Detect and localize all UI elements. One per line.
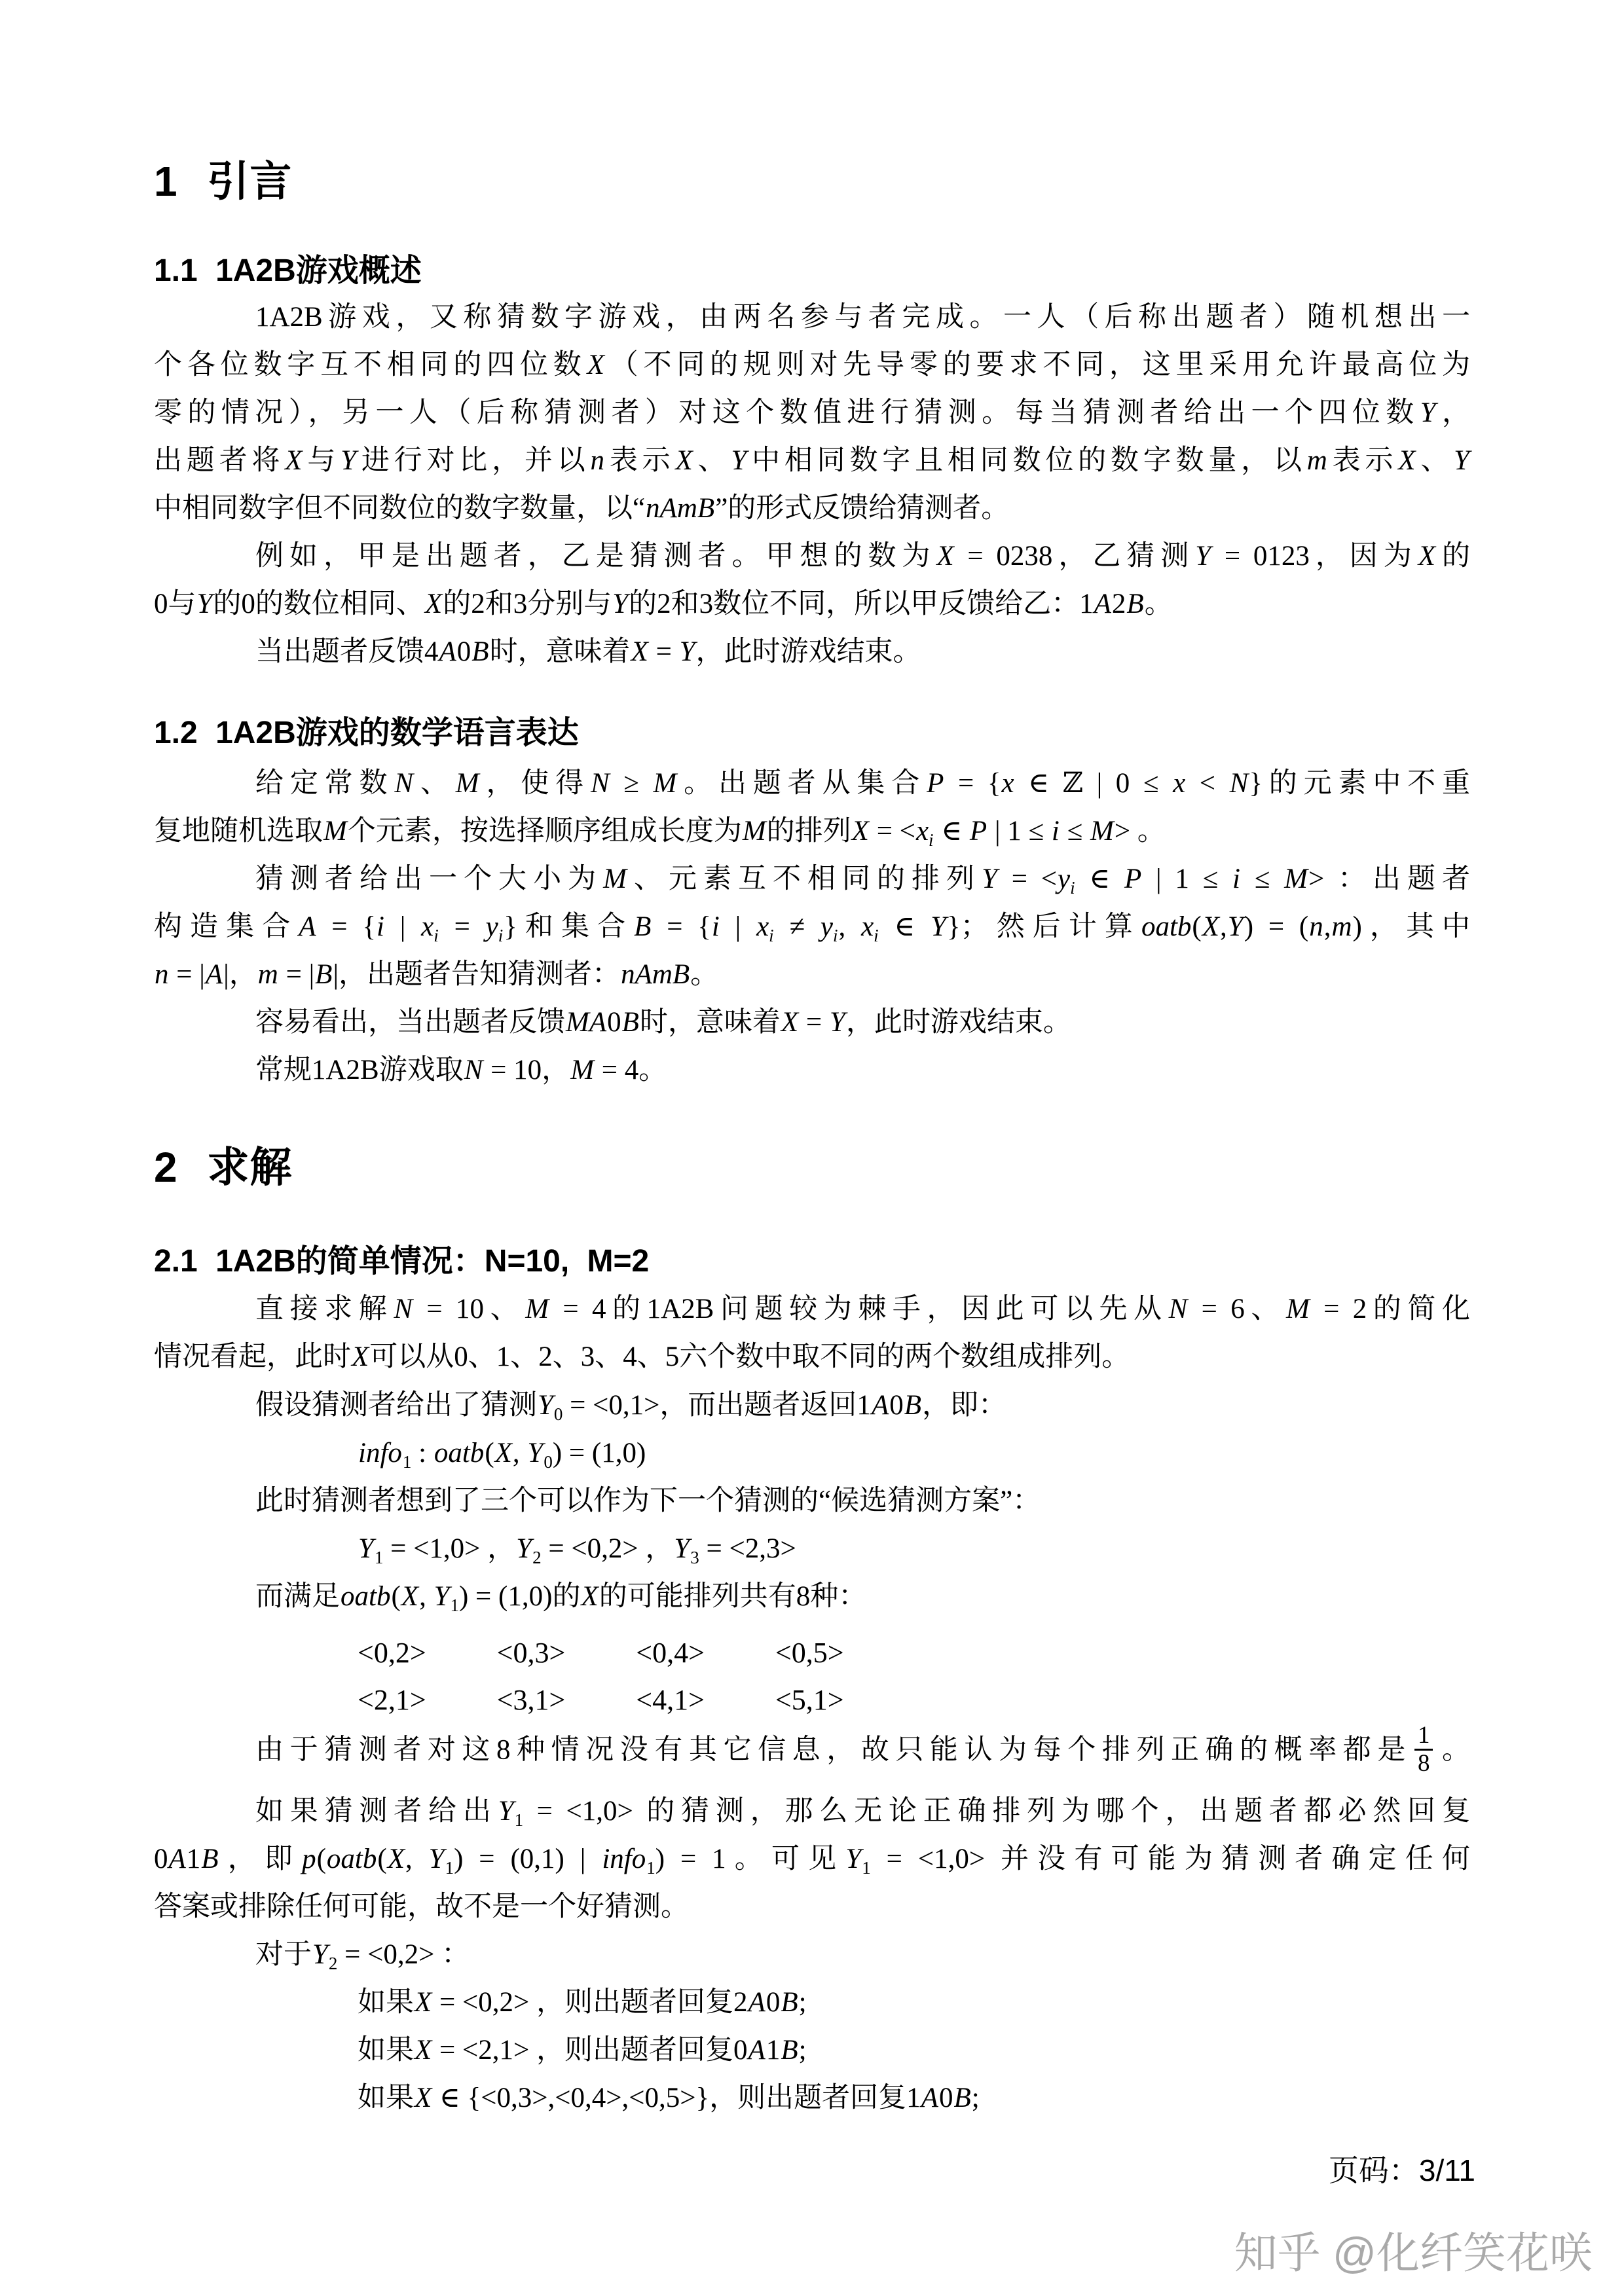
permutation-row-2: <2,1><3,1><4,1><5,1> xyxy=(358,1676,844,1724)
permutation-item: <0,2> xyxy=(358,1629,426,1677)
text-line: n = |A|，m = |B|，出题者告知猜测者：nAmB。 xyxy=(154,951,718,999)
document-page: 页码：3/11 知乎 @化纤笑花咲 1 引言1.1 1A2B游戏概述1A2B游戏… xyxy=(0,0,1624,2296)
text-line: 零的情况），另一人（后称猜测者）对这个数值进行猜测。每当猜测者给出一个四位数Y， xyxy=(154,389,1470,437)
text-line: 常规1A2B游戏取N = 10，M = 4。 xyxy=(255,1046,667,1095)
text-line: 此时猜测者想到了三个可以作为下一个猜测的“候选猜测方案”： xyxy=(255,1477,1041,1525)
heading-section-2: 2 求解 xyxy=(154,1138,292,1197)
heading-section-1-1: 1.1 1A2B游戏概述 xyxy=(154,249,422,293)
text-line: 情况看起，此时X可以从0、1、2、3、4、5六个数中取不同的两个数组成排列。 xyxy=(154,1333,1130,1381)
text-line: 复地随机选取M个元素，按选择顺序组成长度为M的排列X = <xi ∈ P | 1… xyxy=(154,807,1166,856)
text-line: 给定常数N、M，使得N ≥ M。出题者从集合P = {x ∈ ℤ | 0 ≤ x… xyxy=(255,759,1470,808)
formula-info1: info1 : oatb(X, Y0) = (1,0) xyxy=(358,1429,646,1478)
text-line: 猜测者给出一个大小为M、元素互不相同的排列Y = <yi ∈ P | 1 ≤ i… xyxy=(255,855,1470,903)
text-line: 由于猜测者对这8种情况没有其它信息，故只能认为每个排列正确的概率都是18。 xyxy=(255,1725,1470,1774)
text-line: 而满足oatb(X, Y1) = (1,0)的X的可能排列共有8种： xyxy=(255,1573,866,1621)
text-line: 假设猜测者给出了猜测Y0 = <0,1>，而出题者返回1A0B，即： xyxy=(255,1381,1006,1430)
permutation-item: <4,1> xyxy=(636,1676,705,1724)
permutation-item: <0,3> xyxy=(497,1629,566,1677)
heading-section-1-2: 1.2 1A2B游戏的数学语言表达 xyxy=(154,711,579,756)
permutation-item: <3,1> xyxy=(497,1676,566,1724)
text-line: 如果X = <2,1> ，则出题者回复0A1B; xyxy=(358,2026,807,2075)
text-line: 对于Y2 = <0,2> ： xyxy=(255,1931,470,1979)
heading-section-2-1: 2.1 1A2B的简单情况：N=10, M=2 xyxy=(154,1239,649,1284)
permutation-row-1: <0,2><0,3><0,4><0,5> xyxy=(358,1629,844,1677)
page-number: 页码：3/11 xyxy=(154,2146,1475,2195)
text-line: 出题者将X与Y进行对比，并以n表示X、Y中相同数字且相同数位的数字数量，以m表示… xyxy=(154,437,1470,485)
text-line: 当出题者反馈4A0B时，意味着X = Y，此时游戏结束。 xyxy=(255,628,921,676)
text-line: 例如，甲是出题者，乙是猜测者。甲想的数为X = 0238，乙猜测Y = 0123… xyxy=(255,532,1470,581)
permutation-item: <2,1> xyxy=(358,1676,426,1724)
text-line: 0与Y的0的数位相同、X的2和3分别与Y的2和3数位不同，所以甲反馈给乙：1A2… xyxy=(154,580,1173,629)
text-line: 如果猜测者给出Y1 = <1,0> 的猜测，那么无论正确排列为哪个，出题者都必然… xyxy=(255,1787,1470,1836)
permutation-item: <0,4> xyxy=(636,1629,705,1677)
heading-section-1: 1 引言 xyxy=(154,152,292,211)
text-line: 中相同数字但不同数位的数字数量，以“nAmB”的形式反馈给猜测者。 xyxy=(154,484,1009,533)
text-line: 1A2B游戏，又称猜数字游戏，由两名参与者完成。一人（后称出题者）随机想出一 xyxy=(255,293,1470,342)
text-line: 0A1B，即p(oatb(X, Y1) = (0,1) | info1) = 1… xyxy=(154,1835,1470,1884)
permutation-item: <0,5> xyxy=(775,1629,844,1677)
formula-candidates: Y1 = <1,0> ，Y2 = <0,2> ，Y3 = <2,3> xyxy=(358,1525,796,1573)
text-line: 如果X = <0,2> ，则出题者回复2A0B; xyxy=(358,1978,807,2027)
zhihu-watermark: 知乎 @化纤笑花咲 xyxy=(1234,2223,1593,2282)
permutation-item: <5,1> xyxy=(775,1676,844,1724)
text-line: 个各位数字互不相同的四位数X（不同的规则对先导零的要求不同，这里采用允许最高位为 xyxy=(154,341,1470,390)
text-line: 容易看出，当出题者反馈MA0B时，意味着X = Y，此时游戏结束。 xyxy=(255,998,1071,1047)
text-line: 如果X ∈ {<0,3>,<0,4>,<0,5>}，则出题者回复1A0B; xyxy=(358,2074,980,2123)
text-line: 答案或排除任何可能，故不是一个好猜测。 xyxy=(154,1883,689,1931)
text-line: 构造集合A = {i | xi = yi}和集合B = {i | xi ≠ yi… xyxy=(154,903,1470,951)
text-line: 直接求解N = 10、M = 4的1A2B问题较为棘手，因此可以先从N = 6、… xyxy=(255,1285,1470,1334)
